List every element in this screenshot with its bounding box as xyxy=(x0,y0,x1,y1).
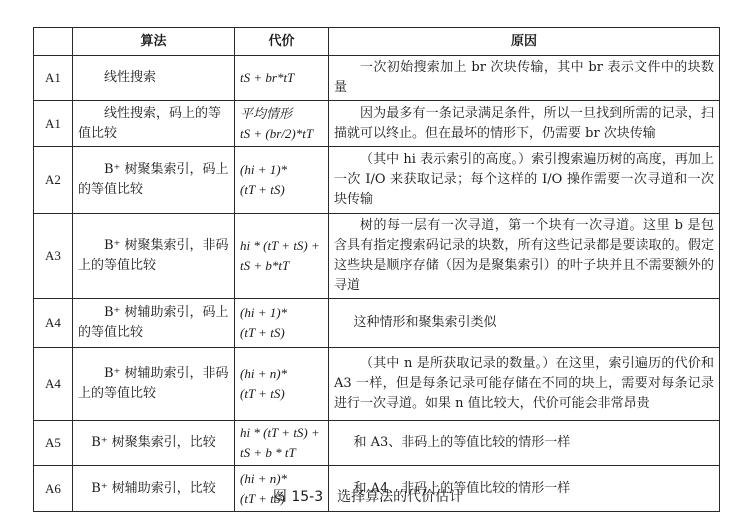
row-algorithm: 线性搜索 xyxy=(73,56,235,101)
table-row: A3 B⁺ 树聚集索引，非码上的等值比较 hi * (tT + tS) + tS… xyxy=(34,214,720,299)
row-id: A5 xyxy=(34,421,73,466)
table-row: A2 B⁺ 树聚集索引，码上的等值比较 (hi + 1)* (tT + tS) … xyxy=(34,147,720,214)
row-cost: (hi + n)* (tT + tS) xyxy=(235,348,329,421)
row-id: A4 xyxy=(34,299,73,348)
row-reason: （其中 n 是所获取记录的数量。）在这里，索引遍历的代价和 A3 一样，但是每条… xyxy=(329,348,720,421)
header-id xyxy=(34,28,73,56)
figure-title: 选择算法的代价估计 xyxy=(337,489,463,505)
figure-caption: 图 15-3选择算法的代价估计 xyxy=(0,486,736,506)
row-id: A4 xyxy=(34,348,73,421)
row-reason: 一次初始搜索加上 br 次块传输，其中 br 表示文件中的块数量 xyxy=(329,56,720,101)
row-cost: 平均情形 tS + (br/2)*tT xyxy=(235,101,329,147)
table-row: A5 B⁺ 树聚集索引，比较 hi * (tT + tS) + tS + b *… xyxy=(34,421,720,466)
table-row: A1 线性搜索，码上的等值比较 平均情形 tS + (br/2)*tT 因为最多… xyxy=(34,101,720,147)
row-algorithm: B⁺ 树聚集索引，码上的等值比较 xyxy=(73,147,235,214)
figure-number: 图 15-3 xyxy=(273,489,323,505)
row-reason: 这种情形和聚集索引类似 xyxy=(329,299,720,348)
row-algorithm: B⁺ 树辅助索引，码上的等值比较 xyxy=(73,299,235,348)
header-algorithm: 算法 xyxy=(73,28,235,56)
row-reason: 因为最多有一条记录满足条件，所以一旦找到所需的记录，扫描就可以终止。但在最坏的情… xyxy=(329,101,720,147)
row-cost: hi * (tT + tS) + tS + b * tT xyxy=(235,421,329,466)
cost-estimate-table: 算法 代价 原因 A1 线性搜索 tS + br*tT 一次初始搜索加上 br … xyxy=(33,27,720,512)
row-reason: 树的每一层有一次寻道，第一个块有一次寻道。这里 b 是包含具有指定搜索码记录的块… xyxy=(329,214,720,299)
table-row: A4 B⁺ 树辅助索引，非码上的等值比较 (hi + n)* (tT + tS)… xyxy=(34,348,720,421)
table-row: A1 线性搜索 tS + br*tT 一次初始搜索加上 br 次块传输，其中 b… xyxy=(34,56,720,101)
row-algorithm: 线性搜索，码上的等值比较 xyxy=(73,101,235,147)
row-id: A1 xyxy=(34,56,73,101)
row-cost: hi * (tT + tS) + tS + b*tT xyxy=(235,214,329,299)
row-cost: tS + br*tT xyxy=(235,56,329,101)
row-cost: (hi + 1)* (tT + tS) xyxy=(235,147,329,214)
row-reason: （其中 hi 表示索引的高度。）索引搜索遍历树的高度，再加上一次 I/O 来获取… xyxy=(329,147,720,214)
row-algorithm: B⁺ 树聚集索引，非码上的等值比较 xyxy=(73,214,235,299)
row-reason: 和 A3、非码上的等值比较的情形一样 xyxy=(329,421,720,466)
table-row: A4 B⁺ 树辅助索引，码上的等值比较 (hi + 1)* (tT + tS) … xyxy=(34,299,720,348)
row-cost: (hi + 1)* (tT + tS) xyxy=(235,299,329,348)
header-reason: 原因 xyxy=(329,28,720,56)
row-algorithm: B⁺ 树辅助索引，非码上的等值比较 xyxy=(73,348,235,421)
table-header-row: 算法 代价 原因 xyxy=(34,28,720,56)
row-algorithm: B⁺ 树聚集索引，比较 xyxy=(73,421,235,466)
header-cost: 代价 xyxy=(235,28,329,56)
row-id: A1 xyxy=(34,101,73,147)
row-id: A3 xyxy=(34,214,73,299)
row-id: A2 xyxy=(34,147,73,214)
